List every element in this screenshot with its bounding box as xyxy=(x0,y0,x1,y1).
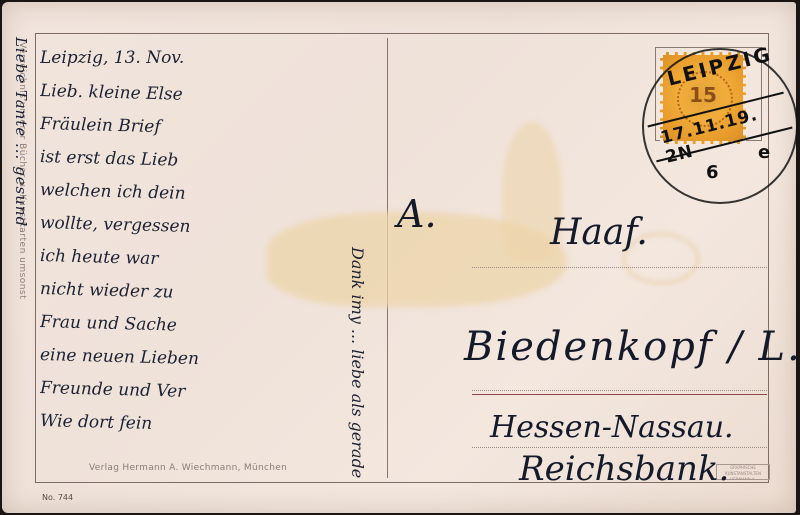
postmark-band: 17.11.19. 2N xyxy=(647,92,792,163)
postcard: Verzeichnis unserer Bücher u. Kunstkarte… xyxy=(2,2,796,513)
message-line: nicht wieder zu xyxy=(40,279,174,302)
message-line: Wie dort fein xyxy=(40,411,153,434)
postmark-icon: LEIPZIG 17.11.19. 2N e 6 xyxy=(642,48,798,204)
address-destination: Reichsbank. xyxy=(519,449,729,489)
handwritten-rotated-note: Dank imy ... liebe als gerade xyxy=(348,247,367,478)
message-line: Leipzig, 13. Nov. xyxy=(40,48,184,68)
postmark-office-number: 6 xyxy=(706,162,719,183)
address-line xyxy=(472,390,767,391)
address-line xyxy=(472,447,767,448)
address-city: Biedenkopf / L. xyxy=(464,324,800,370)
recipient-initial: A. xyxy=(397,192,437,236)
handwritten-margin-note: Liebe Tante ... gesund xyxy=(12,37,30,227)
recipient-name: Haaf. xyxy=(550,212,648,253)
message-line: ist erst das Lieb xyxy=(40,147,179,171)
message-line: ich heute war xyxy=(40,246,159,269)
postmark-date: 17.11.19. 2N xyxy=(659,97,795,167)
message-line: Fräulein Brief xyxy=(40,114,161,137)
message-line: welchen ich dein xyxy=(40,180,186,204)
message-line: eine neuen Lieben xyxy=(40,345,199,369)
address-line xyxy=(472,267,767,268)
series-number: No. 744 xyxy=(42,493,73,502)
address-line-underline xyxy=(472,394,767,395)
address-region: Hessen-Nassau. xyxy=(490,410,734,445)
handwritten-message: Leipzig, 13. Nov.Lieb. kleine ElseFräule… xyxy=(40,48,380,458)
message-line: Freunde und Ver xyxy=(40,378,186,402)
publisher-imprint: Verlag Hermann A. Wiechmann, München xyxy=(89,463,287,473)
postmark-letter: e xyxy=(758,142,770,163)
message-line: Lieb. kleine Else xyxy=(40,81,183,105)
message-line: Frau und Sache xyxy=(40,312,177,336)
message-line: wollte, vergessen xyxy=(40,213,191,237)
